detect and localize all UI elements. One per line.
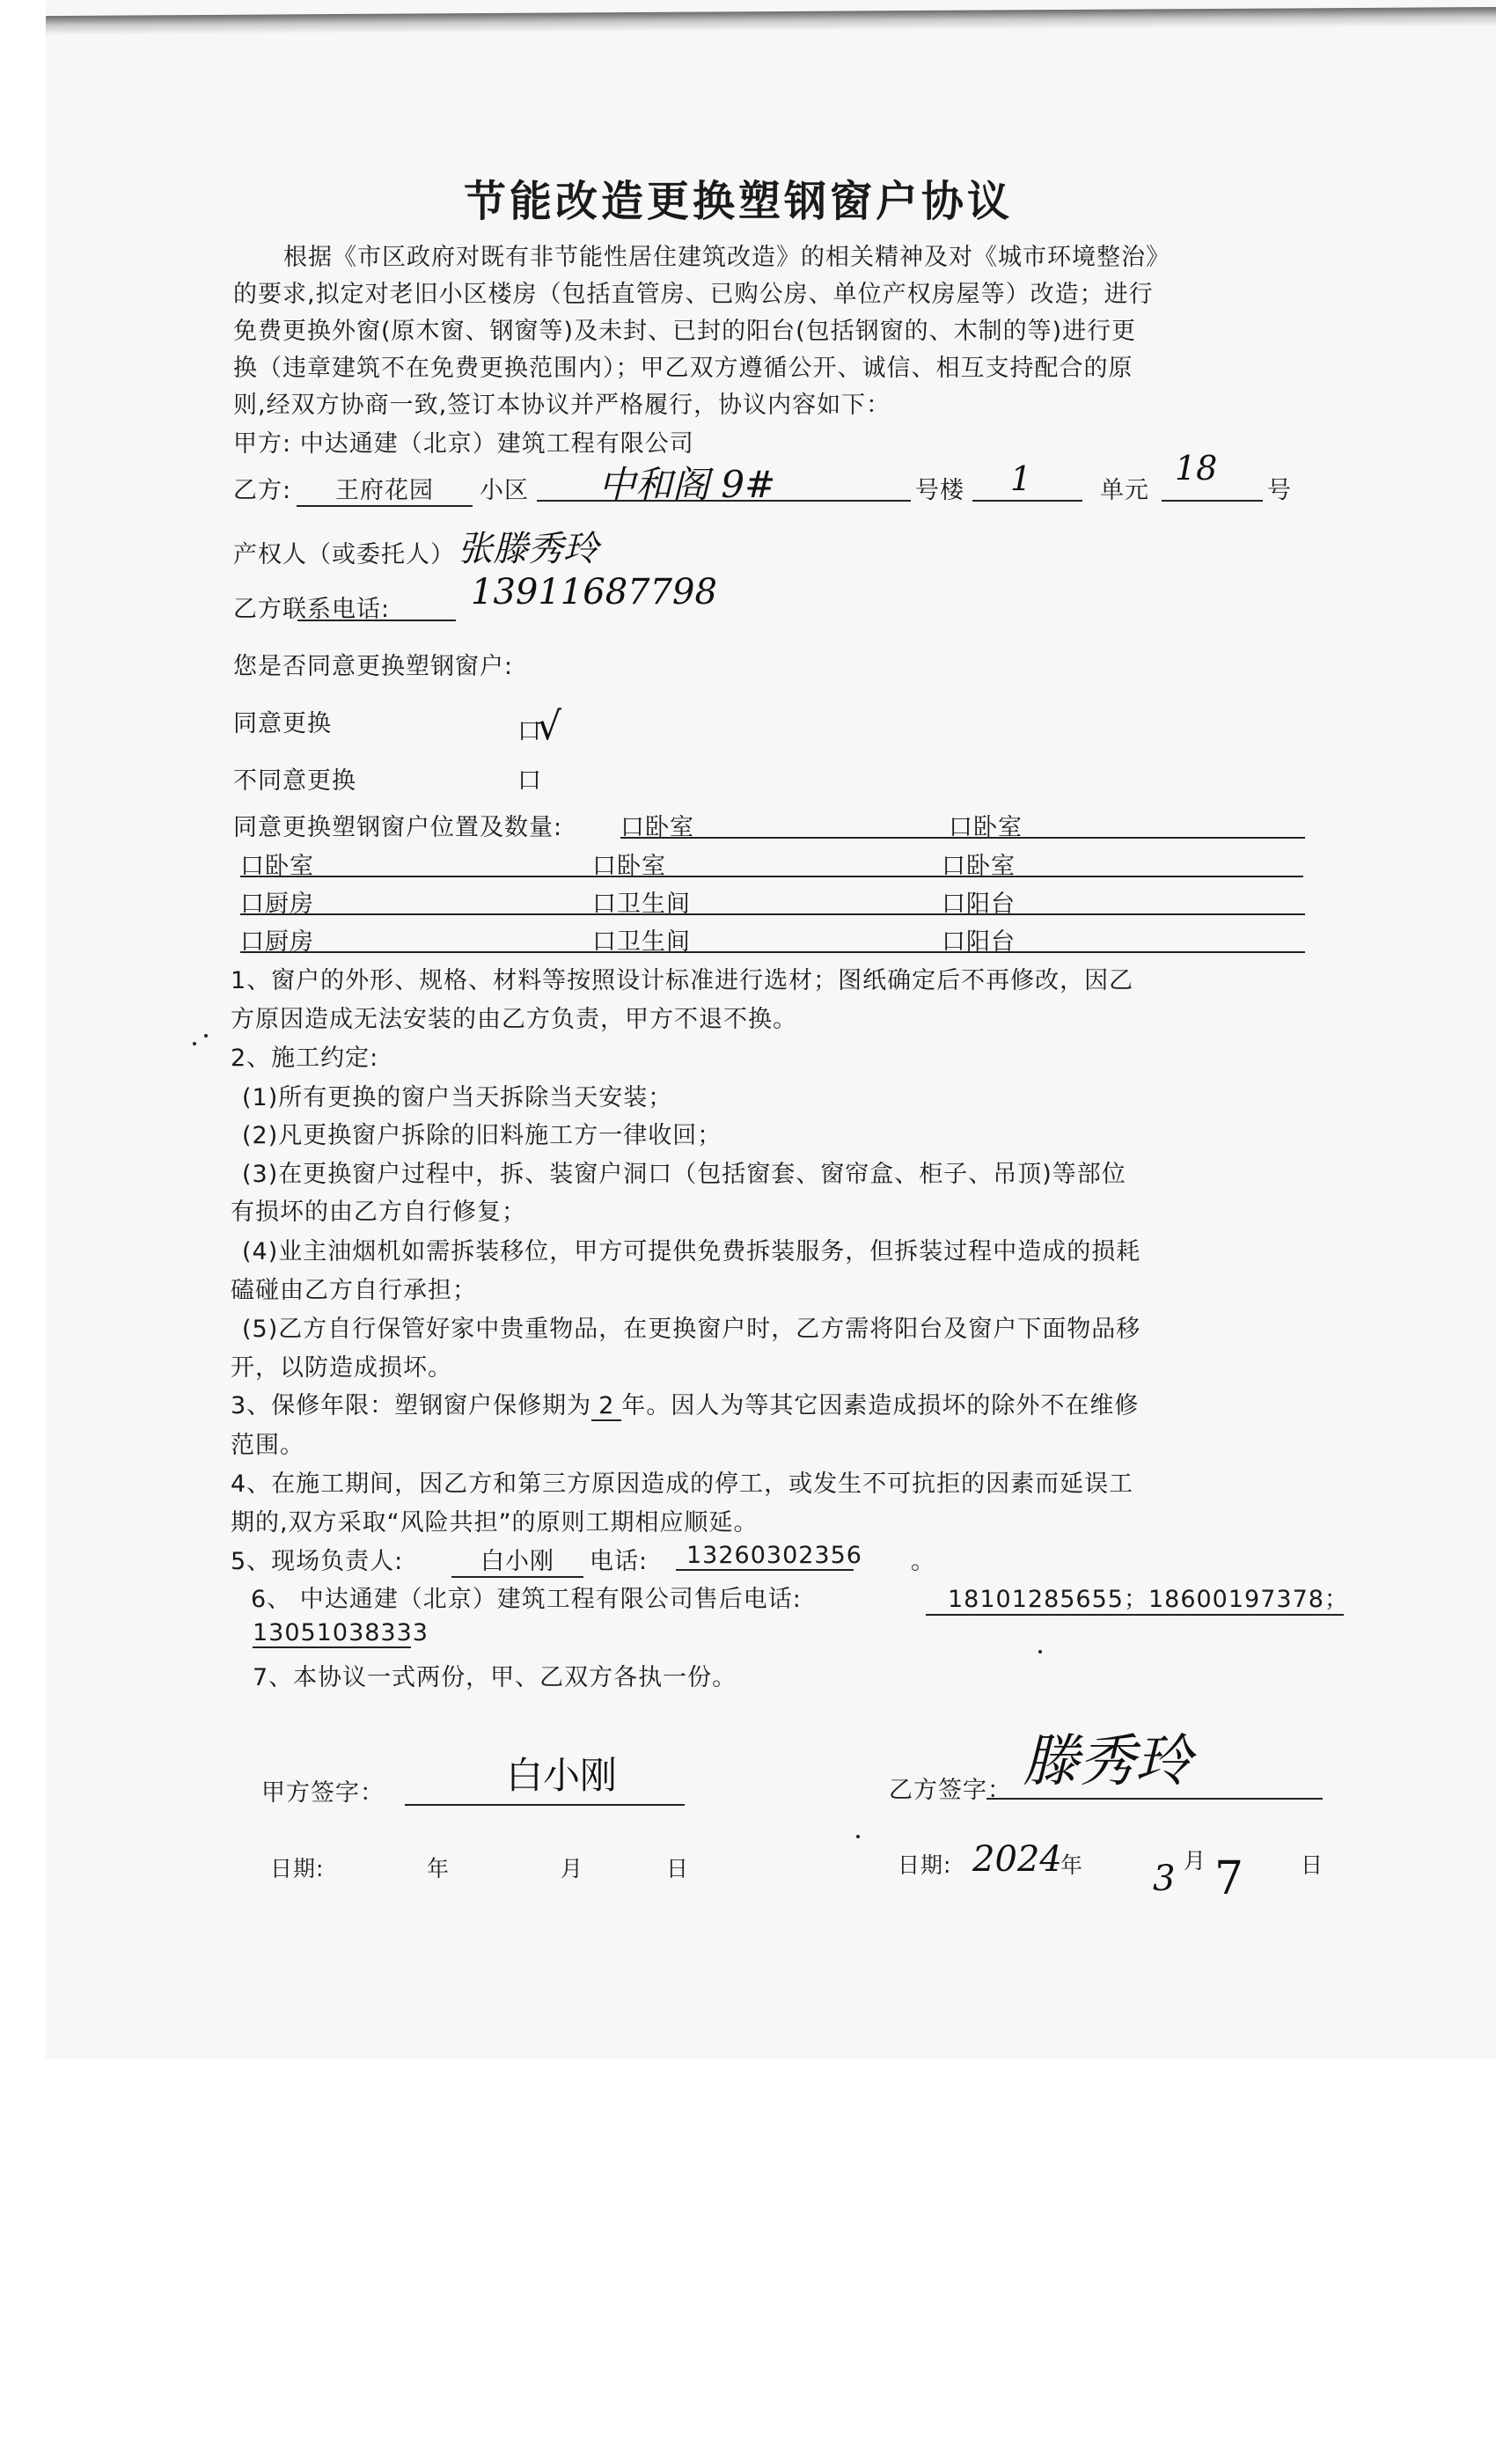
party-b-signature[interactable]: 滕秀玲	[1023, 1716, 1192, 1797]
party-b-sign-label: 乙方签字：	[889, 1771, 1012, 1805]
unit-suffix: 单元	[1100, 471, 1149, 505]
site-manager-field[interactable]: 白小刚	[451, 1542, 583, 1578]
party-a-value: 中达通建（北京）建筑工程有限公司	[300, 430, 694, 458]
party-b-date-year-value[interactable]: 2024	[972, 1839, 1062, 1880]
consent-question: 您是否同意更换塑钢窗户:	[233, 647, 513, 681]
clause-5-label: 5、现场负责人:	[231, 1542, 403, 1576]
clause-1-line: 方原因造成无法安装的由乙方负责，甲方不退不换。	[231, 1000, 797, 1034]
clause-2-item-cont: 有损坏的由乙方自行修复；	[231, 1192, 526, 1227]
party-b-date-year: 年	[1060, 1848, 1083, 1880]
phone-handwritten[interactable]: 13911687798	[471, 572, 717, 612]
preamble-line: 根据《市区政府对既有非节能性居住建筑改造》的相关精神及对《城市环境整治》	[283, 238, 1170, 272]
consent-disagree-label: 不同意更换	[233, 761, 356, 796]
clause-2-item: (2)凡更换窗户拆除的旧料施工方一律收回；	[242, 1116, 722, 1150]
after-sales-phones[interactable]: 18101285655；18600197378；	[926, 1580, 1344, 1616]
document-title: 节能改造更换塑钢窗户协议	[464, 167, 1013, 228]
preamble-line: 免费更换外窗(原木窗、钢窗等)及未封、已封的阳台(包括钢窗的、木制的等)进行更	[233, 312, 1136, 346]
stray-mark	[193, 1042, 196, 1045]
unit-handwritten[interactable]: 1	[1010, 459, 1031, 498]
community-suffix: 小区	[480, 471, 529, 505]
stray-mark	[1038, 1650, 1042, 1654]
clause-5-phone-label: 电话:	[590, 1542, 648, 1576]
party-b-date-month: 月	[1184, 1844, 1206, 1875]
consent-agree-label: 同意更换	[233, 704, 332, 738]
party-b-label: 乙方:	[233, 471, 291, 505]
clause-4-line: 4、在施工期间，因乙方和第三方原因造成的停工，或发生不可抗拒的因素而延误工	[231, 1464, 1133, 1499]
preamble-line: 的要求,拟定对老旧小区楼房（包括直管房、已购公房、单位产权房屋等）改造；进行	[233, 275, 1154, 309]
stray-mark	[856, 1835, 860, 1838]
clause-7: 7、本协议一式两份，甲、乙双方各执一份。	[253, 1658, 737, 1692]
clause-2-item: (1)所有更换的窗户当天拆除当天安装；	[242, 1078, 672, 1112]
preamble-line: 则,经双方协商一致,签订本协议并严格履行，协议内容如下：	[233, 385, 891, 420]
clause-2-item-cont: 开，以防造成损坏。	[231, 1348, 452, 1382]
party-a-sign-label: 甲方签字：	[261, 1773, 385, 1808]
clause-2-item-cont: 磕碰由乙方自行承担；	[231, 1271, 477, 1305]
clause-4-line: 期的,双方采取“风险共担”的原则工期相应顺延。	[231, 1503, 759, 1537]
clause-1-line: 1、窗户的外形、规格、材料等按照设计标准进行选材；图纸确定后不再修改，因乙	[231, 961, 1133, 995]
room-underline	[1162, 500, 1263, 502]
clause-2-item: (5)乙方自行保管好家中贵重物品，在更换窗户时，乙方需将阳台及窗户下面物品移	[242, 1309, 1140, 1344]
room-suffix: 号	[1267, 471, 1292, 505]
room-handwritten[interactable]: 18	[1175, 449, 1217, 488]
party-b-date-month-value[interactable]: 3	[1153, 1859, 1175, 1899]
stray-mark	[204, 1034, 208, 1038]
building-suffix: 号楼	[915, 471, 964, 505]
party-b-sign-underline	[986, 1798, 1323, 1800]
party-a-sign-underline	[405, 1804, 685, 1806]
building-handwritten[interactable]: 中和阁 9#	[598, 456, 775, 509]
clause-3-line: 3、保修年限：塑钢窗户保修期为2年。因人为等其它因素造成损坏的除外不在维修	[231, 1386, 1139, 1421]
after-sales-phone-2[interactable]: 13051038333	[253, 1619, 411, 1648]
owner-handwritten[interactable]: 张滕秀玲	[458, 521, 598, 571]
site-manager-phone[interactable]: 13260302356	[676, 1542, 854, 1571]
clause-3-line: 范围。	[231, 1426, 304, 1460]
party-a-row: 甲方: 中达通建（北京）建筑工程有限公司	[233, 424, 694, 458]
warranty-years[interactable]: 2	[591, 1392, 621, 1421]
consent-disagree-checkbox[interactable]: 口	[517, 761, 542, 796]
party-b-date-day-value[interactable]: 7	[1214, 1852, 1243, 1905]
preamble-line: 换（违章建筑不在免费更换范围内）；甲乙双方遵循公开、诚信、相互支持配合的原	[233, 348, 1133, 383]
party-a-label: 甲方:	[233, 430, 291, 458]
party-a-date-label: 日期:	[270, 1852, 324, 1883]
consent-agree-checkbox[interactable]: 口√	[517, 704, 562, 749]
party-b-date-day: 日	[1301, 1848, 1324, 1880]
checkmark-icon: √	[537, 704, 562, 749]
party-a-date-day[interactable]: 日	[666, 1852, 689, 1883]
party-b-date-label: 日期:	[898, 1848, 951, 1880]
clause-2-item: (4)业主油烟机如需拆装移位，甲方可提供免费拆装服务，但拆装过程中造成的损耗	[242, 1232, 1140, 1266]
clause-2-title: 2、施工约定:	[231, 1038, 378, 1073]
party-a-date-year[interactable]: 年	[427, 1852, 450, 1883]
unit-underline	[972, 500, 1082, 502]
locations-label: 同意更换塑钢窗户位置及数量:	[233, 808, 562, 842]
phone-underline	[297, 620, 456, 621]
community-field[interactable]: 王府花园	[297, 471, 473, 507]
party-a-date-month[interactable]: 月	[561, 1852, 583, 1883]
clause-5-end: 。	[911, 1542, 935, 1576]
clause-6-label: 6、 中达通建（北京）建筑工程有限公司售后电话:	[251, 1580, 802, 1614]
clause-2-item: (3)在更换窗户过程中，拆、装窗户洞口（包括窗套、窗帘盒、柜子、吊顶)等部位	[242, 1155, 1126, 1189]
party-a-signature[interactable]: 白小刚	[506, 1747, 617, 1800]
